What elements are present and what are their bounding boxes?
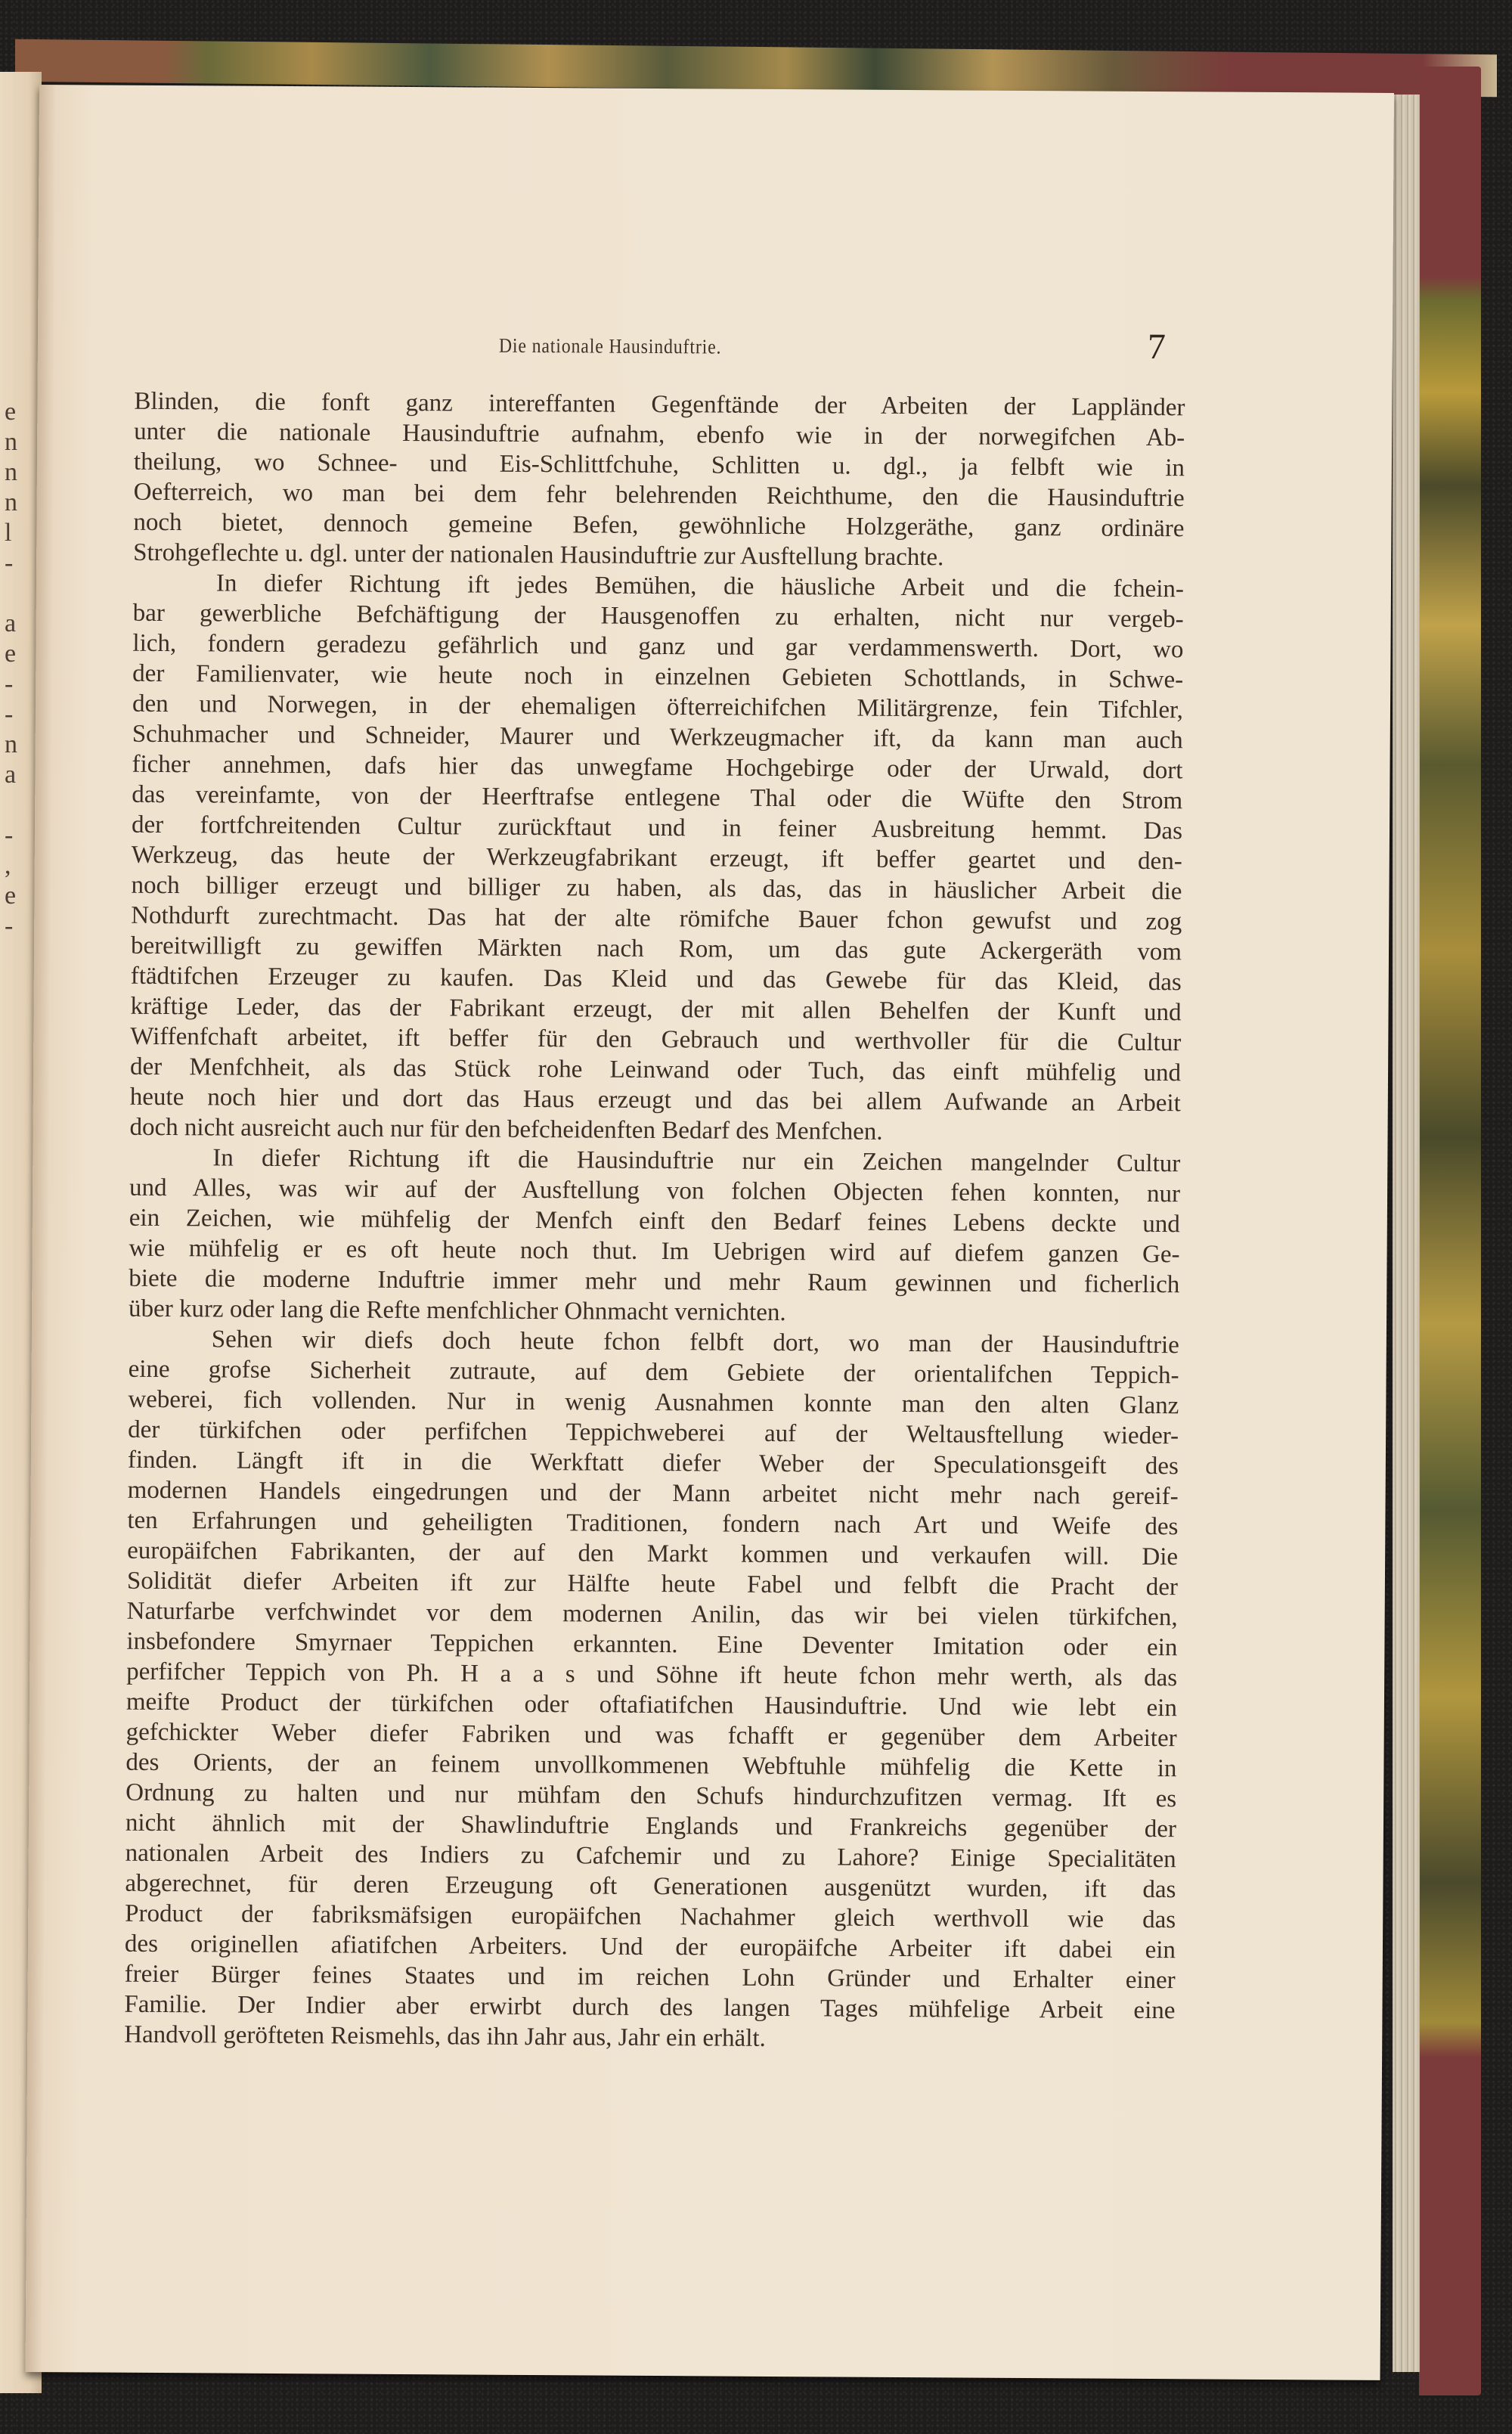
facing-page-letter-fragment: -: [5, 548, 13, 578]
running-head: Die nationale Hausinduftrie. 7: [38, 319, 1393, 373]
facing-page-letter-fragment: -: [5, 699, 13, 730]
facing-page-letter-fragment: ,: [5, 851, 11, 881]
facing-page-letter-fragment: e: [5, 639, 16, 669]
text-line: Handvoll geröfteten Reismehls, das ihn J…: [124, 2020, 1175, 2056]
body-text: Blinden, die fonft ganz intereffanten Ge…: [124, 386, 1185, 2056]
page-block-edges: [1393, 95, 1420, 2372]
facing-page-letter-fragment: l: [5, 518, 11, 548]
facing-page-letter-fragment: n: [5, 457, 17, 488]
book-page: Die nationale Hausinduftrie. 7 Blinden, …: [26, 85, 1394, 2380]
facing-page-letter-fragment: n: [5, 427, 17, 457]
facing-page-letter-fragment: a: [5, 609, 16, 639]
facing-page-letter-fragment: -: [5, 669, 13, 699]
facing-page-letter-fragment: e: [5, 397, 16, 427]
facing-page-letter-fragment: n: [5, 488, 17, 518]
facing-page-letter-fragment: e: [5, 881, 16, 911]
facing-page-letter-fragment: -: [5, 820, 13, 851]
facing-page-letter-fragment: -: [5, 911, 13, 941]
facing-page-letter-fragment: a: [5, 760, 16, 790]
page-number: 7: [1148, 326, 1166, 367]
facing-page-letter-fragment: n: [5, 730, 17, 760]
running-head-title: Die nationale Hausinduftrie.: [499, 334, 722, 359]
book-cover-right-edge: [1419, 67, 1481, 2395]
